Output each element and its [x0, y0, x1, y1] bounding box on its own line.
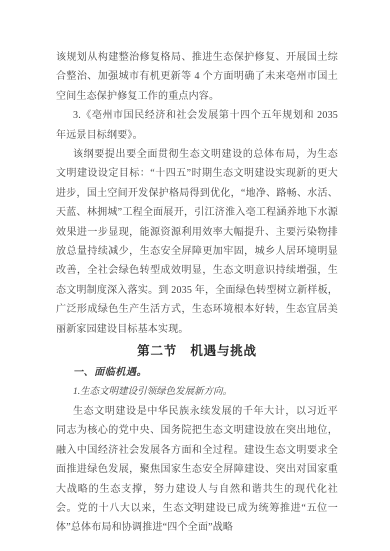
numbered-item-heading: 1.生态文明建设引领绿色发展新方向。: [56, 383, 338, 402]
page-number: 5: [0, 501, 390, 510]
paragraph: 该纲要提出要全面贯彻生态文明建设的总体布局，为生态文明建设设定目标：“十四五”时…: [56, 145, 338, 339]
paragraph-continued: 该规划从构建整治修复格局、推进生态保护修复、开展国土综合整治、加强城市有机更新等…: [56, 48, 338, 106]
paragraph: 3.《亳州市国民经济和社会发展第十四个五年规划和 2035 年远景目标纲要》。: [56, 106, 338, 145]
paragraph: 生态文明建设是中华民族永续发展的千年大计，以习近平同志为核心的党中央、国务院把生…: [56, 402, 338, 538]
subsection-heading: 一、面临机遇。: [56, 363, 338, 382]
document-page: 该规划从构建整治修复格局、推进生态保护修复、开展国土综合整治、加强城市有机更新等…: [0, 0, 390, 551]
page-content: 该规划从构建整治修复格局、推进生态保护修复、开展国土综合整治、加强城市有机更新等…: [56, 48, 338, 538]
section-heading: 第二节 机遇与挑战: [56, 339, 338, 363]
